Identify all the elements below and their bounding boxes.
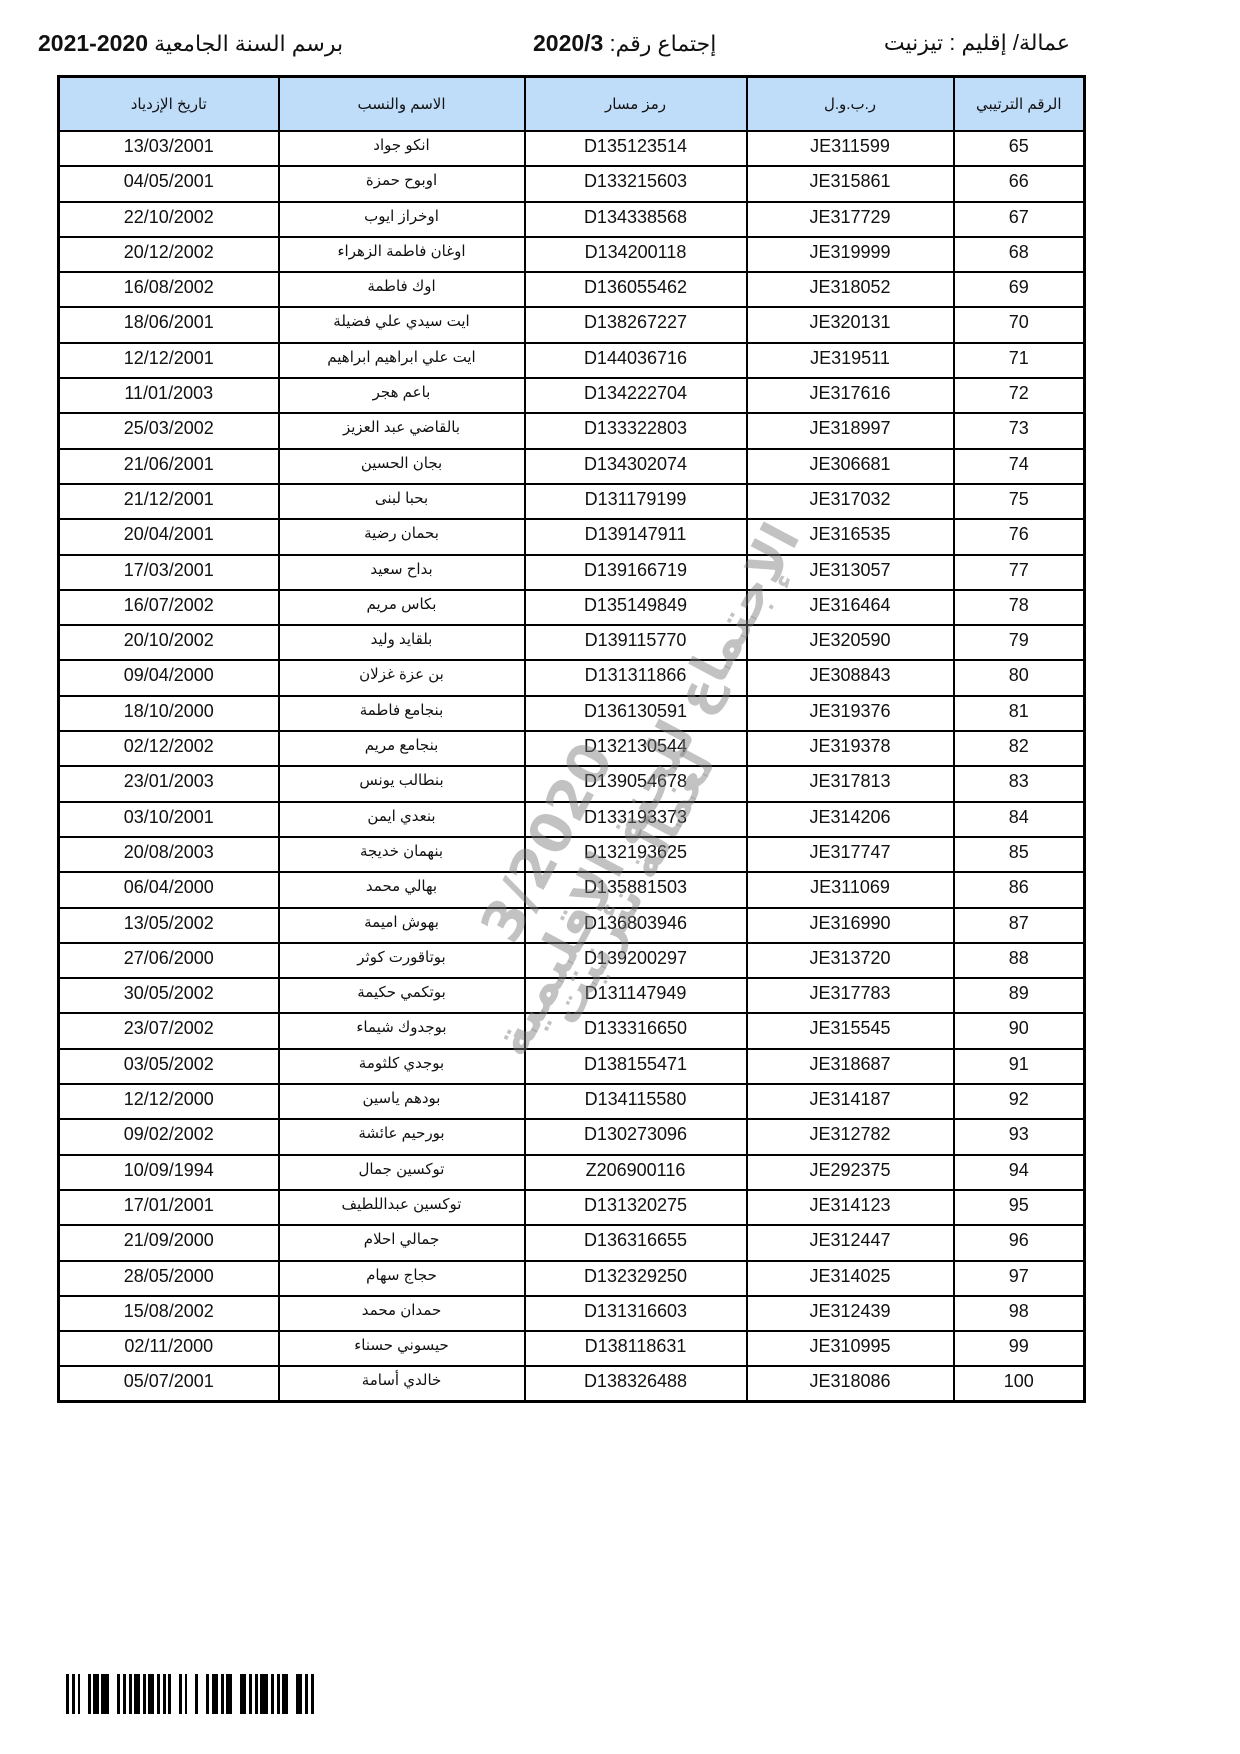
cell-massar-code: D134115580 [525,1084,747,1119]
cell-cin: JE317747 [747,837,954,872]
cell-massar-code: D134222704 [525,378,747,413]
cell-birth-date: 17/03/2001 [59,555,279,590]
table-row: 17/01/2001توكسين عبداللطيفD131320275JE31… [59,1190,1085,1225]
cell-full-name: بهوش اميمة [279,908,525,943]
cell-rank: 82 [954,731,1085,766]
cell-birth-date: 16/08/2002 [59,272,279,307]
cell-rank: 66 [954,166,1085,201]
column-header-massar-code: رمز مسار [525,77,747,132]
cell-cin: JE314206 [747,802,954,837]
cell-massar-code: D131320275 [525,1190,747,1225]
cell-cin: JE316464 [747,590,954,625]
cell-massar-code: D136803946 [525,908,747,943]
students-table: تاريخ الإزدياد الاسم والنسب رمز مسار ر.ب… [57,75,1086,1403]
cell-full-name: بحبا لبنى [279,484,525,519]
cell-cin: JE318086 [747,1366,954,1401]
barcode-gap [314,1674,317,1714]
cell-full-name: بكاس مريم [279,590,525,625]
cell-rank: 77 [954,555,1085,590]
cell-cin: JE310995 [747,1331,954,1366]
cell-massar-code: D134302074 [525,449,747,484]
cell-full-name: اوغان فاطمة الزهراء [279,237,525,272]
cell-cin: JE316535 [747,519,954,554]
cell-cin: JE312782 [747,1119,954,1154]
cell-full-name: ايت علي ابراهيم ابراهيم [279,343,525,378]
cell-massar-code: D133322803 [525,413,747,448]
cell-massar-code: D138326488 [525,1366,747,1401]
cell-massar-code: D131179199 [525,484,747,519]
cell-rank: 85 [954,837,1085,872]
cell-cin: JE314187 [747,1084,954,1119]
table-row: 22/10/2002اوخراز ايوبD134338568JE3177296… [59,202,1085,237]
cell-full-name: بلقايد وليد [279,625,525,660]
cell-full-name: بداح سعيد [279,555,525,590]
cell-rank: 81 [954,696,1085,731]
cell-birth-date: 28/05/2000 [59,1261,279,1296]
barcode-gap [109,1674,117,1714]
cell-full-name: حمدان محمد [279,1296,525,1331]
students-table-container: تاريخ الإزدياد الاسم والنسب رمز مسار ر.ب… [57,75,1083,1403]
academic-year: برسم السنة الجامعية 2021-2020 [38,30,343,57]
cell-full-name: اوك فاطمة [279,272,525,307]
table-row: 12/12/2000بودهم ياسينD134115580JE3141879… [59,1084,1085,1119]
cell-massar-code: D139115770 [525,625,747,660]
cell-full-name: حجاج سهام [279,1261,525,1296]
cell-cin: JE319378 [747,731,954,766]
cell-rank: 83 [954,766,1085,801]
cell-cin: JE311069 [747,872,954,907]
cell-cin: JE317813 [747,766,954,801]
cell-cin: JE315861 [747,166,954,201]
cell-cin: JE314123 [747,1190,954,1225]
cell-birth-date: 20/10/2002 [59,625,279,660]
barcode-gap [187,1674,195,1714]
cell-cin: JE306681 [747,449,954,484]
cell-cin: JE319376 [747,696,954,731]
cell-birth-date: 09/04/2000 [59,660,279,695]
cell-massar-code: D131147949 [525,978,747,1013]
table-row: 18/06/2001ايت سيدي علي فضيلةD138267227JE… [59,307,1085,342]
cell-massar-code: D134338568 [525,202,747,237]
table-header-row: تاريخ الإزدياد الاسم والنسب رمز مسار ر.ب… [59,77,1085,132]
cell-rank: 84 [954,802,1085,837]
cell-full-name: اوبوح حمزة [279,166,525,201]
table-row: 20/04/2001بحمان رضيةD139147911JE31653576 [59,519,1085,554]
table-row: 13/05/2002بهوش اميمةD136803946JE31699087 [59,908,1085,943]
table-row: 21/06/2001بجان الحسينD134302074JE3066817… [59,449,1085,484]
table-row: 27/06/2000بوتاقورت كوثرD139200297JE31372… [59,943,1085,978]
cell-massar-code: D133193373 [525,802,747,837]
cell-rank: 68 [954,237,1085,272]
cell-birth-date: 17/01/2001 [59,1190,279,1225]
province: عمالة/ إقليم : تيزنيت [884,30,1070,56]
cell-massar-code: D136316655 [525,1225,747,1260]
cell-birth-date: 30/05/2002 [59,978,279,1013]
cell-cin: JE292375 [747,1155,954,1190]
cell-birth-date: 21/12/2001 [59,484,279,519]
barcode-gap [288,1674,296,1714]
cell-full-name: باعم هجر [279,378,525,413]
cell-rank: 87 [954,908,1085,943]
cell-massar-code: D139147911 [525,519,747,554]
cell-cin: JE316990 [747,908,954,943]
cell-birth-date: 16/07/2002 [59,590,279,625]
cell-full-name: بوتكمي حكيمة [279,978,525,1013]
cell-cin: JE317032 [747,484,954,519]
cell-full-name: توكسين جمال [279,1155,525,1190]
cell-birth-date: 18/06/2001 [59,307,279,342]
table-row: 02/12/2002بنجامع مريمD132130544JE3193788… [59,731,1085,766]
cell-rank: 73 [954,413,1085,448]
page-header: برسم السنة الجامعية 2021-2020 إجتماع رقم… [0,30,1240,70]
cell-cin: JE308843 [747,660,954,695]
cell-birth-date: 21/09/2000 [59,1225,279,1260]
cell-rank: 71 [954,343,1085,378]
cell-rank: 88 [954,943,1085,978]
cell-cin: JE320590 [747,625,954,660]
barcode-gap [171,1674,179,1714]
cell-birth-date: 21/06/2001 [59,449,279,484]
cell-rank: 90 [954,1013,1085,1048]
cell-full-name: انكو جواد [279,131,525,166]
cell-cin: JE317729 [747,202,954,237]
table-body: 13/03/2001انكو جوادD135123514JE311599650… [59,131,1085,1402]
cell-massar-code: D139166719 [525,555,747,590]
cell-cin: JE313720 [747,943,954,978]
table-row: 05/07/2001خالدي أسامةD138326488JE3180861… [59,1366,1085,1401]
cell-full-name: بوتاقورت كوثر [279,943,525,978]
cell-rank: 72 [954,378,1085,413]
cell-birth-date: 06/04/2000 [59,872,279,907]
cell-birth-date: 10/09/1994 [59,1155,279,1190]
cell-full-name: بهالي محمد [279,872,525,907]
cell-rank: 95 [954,1190,1085,1225]
cell-rank: 99 [954,1331,1085,1366]
cell-birth-date: 27/06/2000 [59,943,279,978]
cell-birth-date: 20/04/2001 [59,519,279,554]
cell-birth-date: 22/10/2002 [59,202,279,237]
cell-full-name: بوجدوك شيماء [279,1013,525,1048]
cell-massar-code: D131311866 [525,660,747,695]
cell-full-name: بن عزة غزلان [279,660,525,695]
cell-massar-code: D132329250 [525,1261,747,1296]
cell-birth-date: 03/10/2001 [59,802,279,837]
table-row: 21/09/2000جمالي احلامD136316655JE3124479… [59,1225,1085,1260]
cell-massar-code: D134200118 [525,237,747,272]
table-row: 21/12/2001بحبا لبنىD131179199JE31703275 [59,484,1085,519]
barcode-bar [101,1674,109,1714]
cell-birth-date: 20/08/2003 [59,837,279,872]
cell-birth-date: 15/08/2002 [59,1296,279,1331]
column-header-rank: الرقم الترتيبي [954,77,1085,132]
cell-rank: 97 [954,1261,1085,1296]
cell-cin: JE319999 [747,237,954,272]
cell-birth-date: 25/03/2002 [59,413,279,448]
cell-massar-code: D135123514 [525,131,747,166]
cell-full-name: بالقاضي عبد العزيز [279,413,525,448]
table-row: 25/03/2002بالقاضي عبد العزيزD133322803JE… [59,413,1085,448]
cell-cin: JE312447 [747,1225,954,1260]
meeting-label: إجتماع رقم: [609,31,716,56]
cell-full-name: بحمان رضية [279,519,525,554]
cell-rank: 76 [954,519,1085,554]
cell-full-name: خالدي أسامة [279,1366,525,1401]
cell-full-name: بنجامع مريم [279,731,525,766]
cell-massar-code: D139054678 [525,766,747,801]
table-row: 20/08/2003بنهمان خديجةD132193625JE317747… [59,837,1085,872]
table-row: 16/08/2002اوك فاطمةD136055462JE31805269 [59,272,1085,307]
cell-full-name: بجان الحسين [279,449,525,484]
cell-massar-code: D138155471 [525,1049,747,1084]
cell-cin: JE318997 [747,413,954,448]
cell-massar-code: D131316603 [525,1296,747,1331]
table-row: 11/01/2003باعم هجرD134222704JE31761672 [59,378,1085,413]
cell-rank: 80 [954,660,1085,695]
cell-massar-code: D138118631 [525,1331,747,1366]
cell-cin: JE311599 [747,131,954,166]
meeting-value: 2020/3 [533,30,603,56]
cell-rank: 74 [954,449,1085,484]
cell-cin: JE313057 [747,555,954,590]
table-row: 03/10/2001بنعدي ايمنD133193373JE31420684 [59,802,1085,837]
cell-rank: 70 [954,307,1085,342]
table-row: 28/05/2000حجاج سهامD132329250JE31402597 [59,1261,1085,1296]
cell-full-name: ايت سيدي علي فضيلة [279,307,525,342]
cell-birth-date: 23/07/2002 [59,1013,279,1048]
academic-year-value: 2021-2020 [38,30,148,56]
cell-massar-code: D136130591 [525,696,747,731]
cell-cin: JE317783 [747,978,954,1013]
table-row: 23/01/2003بنطالب يونسD139054678JE3178138… [59,766,1085,801]
cell-rank: 67 [954,202,1085,237]
cell-birth-date: 02/11/2000 [59,1331,279,1366]
cell-birth-date: 18/10/2000 [59,696,279,731]
cell-full-name: بورحيم عائشة [279,1119,525,1154]
cell-rank: 69 [954,272,1085,307]
cell-full-name: بوجدي كلثومة [279,1049,525,1084]
table-row: 03/05/2002بوجدي كلثومةD138155471JE318687… [59,1049,1085,1084]
cell-full-name: بنطالب يونس [279,766,525,801]
cell-rank: 65 [954,131,1085,166]
table-row: 13/03/2001انكو جوادD135123514JE31159965 [59,131,1085,166]
barcode-gap [198,1674,206,1714]
table-row: 17/03/2001بداح سعيدD139166719JE31305777 [59,555,1085,590]
cell-full-name: بنهمان خديجة [279,837,525,872]
cell-full-name: بودهم ياسين [279,1084,525,1119]
barcode-gap [80,1674,88,1714]
cell-massar-code: D130273096 [525,1119,747,1154]
cell-massar-code: D136055462 [525,272,747,307]
table-row: 02/11/2000حيسوني حسناءD138118631JE310995… [59,1331,1085,1366]
table-row: 23/07/2002بوجدوك شيماءD133316650JE315545… [59,1013,1085,1048]
cell-full-name: اوخراز ايوب [279,202,525,237]
table-row: 12/12/2001ايت علي ابراهيم ابراهيمD144036… [59,343,1085,378]
table-row: 20/12/2002اوغان فاطمة الزهراءD134200118J… [59,237,1085,272]
cell-massar-code: D138267227 [525,307,747,342]
cell-rank: 75 [954,484,1085,519]
barcode-bar [260,1674,268,1714]
cell-cin: JE312439 [747,1296,954,1331]
column-header-full-name: الاسم والنسب [279,77,525,132]
cell-massar-code: D135881503 [525,872,747,907]
cell-rank: 98 [954,1296,1085,1331]
table-row: 06/04/2000بهالي محمدD135881503JE31106986 [59,872,1085,907]
cell-birth-date: 05/07/2001 [59,1366,279,1401]
table-row: 18/10/2000بنجامع فاطمةD136130591JE319376… [59,696,1085,731]
table-row: 30/05/2002بوتكمي حكيمةD131147949JE317783… [59,978,1085,1013]
cell-massar-code: Z206900116 [525,1155,747,1190]
cell-rank: 86 [954,872,1085,907]
cell-cin: JE317616 [747,378,954,413]
barcode-gap [232,1674,240,1714]
cell-rank: 94 [954,1155,1085,1190]
table-row: 15/08/2002حمدان محمدD131316603JE31243998 [59,1296,1085,1331]
meeting-number: إجتماع رقم: 2020/3 [533,30,716,57]
cell-birth-date: 11/01/2003 [59,378,279,413]
cell-cin: JE315545 [747,1013,954,1048]
cell-birth-date: 09/02/2002 [59,1119,279,1154]
cell-rank: 96 [954,1225,1085,1260]
table-row: 10/09/1994توكسين جمالZ206900116JE2923759… [59,1155,1085,1190]
cell-rank: 79 [954,625,1085,660]
cell-massar-code: D133215603 [525,166,747,201]
cell-birth-date: 13/03/2001 [59,131,279,166]
cell-birth-date: 12/12/2000 [59,1084,279,1119]
cell-rank: 78 [954,590,1085,625]
cell-massar-code: D135149849 [525,590,747,625]
cell-birth-date: 02/12/2002 [59,731,279,766]
table-row: 09/02/2002بورحيم عائشةD130273096JE312782… [59,1119,1085,1154]
academic-year-label: برسم السنة الجامعية [154,31,343,56]
cell-massar-code: D144036716 [525,343,747,378]
cell-full-name: توكسين عبداللطيف [279,1190,525,1225]
cell-cin: JE318052 [747,272,954,307]
cell-rank: 91 [954,1049,1085,1084]
cell-cin: JE318687 [747,1049,954,1084]
cell-cin: JE314025 [747,1261,954,1296]
column-header-cin: ر.ب.و.ل [747,77,954,132]
cell-massar-code: D132130544 [525,731,747,766]
table-row: 04/05/2001اوبوح حمزةD133215603JE31586166 [59,166,1085,201]
province-value: تيزنيت [884,30,943,55]
cell-rank: 92 [954,1084,1085,1119]
barcode-icon [66,1674,317,1714]
province-label: عمالة/ إقليم : [949,30,1070,55]
cell-full-name: بنجامع فاطمة [279,696,525,731]
cell-rank: 100 [954,1366,1085,1401]
cell-full-name: حيسوني حسناء [279,1331,525,1366]
cell-cin: JE320131 [747,307,954,342]
cell-massar-code: D133316650 [525,1013,747,1048]
cell-birth-date: 03/05/2002 [59,1049,279,1084]
cell-birth-date: 04/05/2001 [59,166,279,201]
cell-birth-date: 23/01/2003 [59,766,279,801]
cell-cin: JE319511 [747,343,954,378]
cell-birth-date: 20/12/2002 [59,237,279,272]
cell-full-name: جمالي احلام [279,1225,525,1260]
table-row: 16/07/2002بكاس مريمD135149849JE31646478 [59,590,1085,625]
table-row: 20/10/2002بلقايد وليدD139115770JE3205907… [59,625,1085,660]
cell-birth-date: 12/12/2001 [59,343,279,378]
cell-massar-code: D139200297 [525,943,747,978]
cell-rank: 89 [954,978,1085,1013]
table-row: 09/04/2000بن عزة غزلانD131311866JE308843… [59,660,1085,695]
cell-massar-code: D132193625 [525,837,747,872]
cell-birth-date: 13/05/2002 [59,908,279,943]
cell-rank: 93 [954,1119,1085,1154]
cell-full-name: بنعدي ايمن [279,802,525,837]
column-header-birth-date: تاريخ الإزدياد [59,77,279,132]
